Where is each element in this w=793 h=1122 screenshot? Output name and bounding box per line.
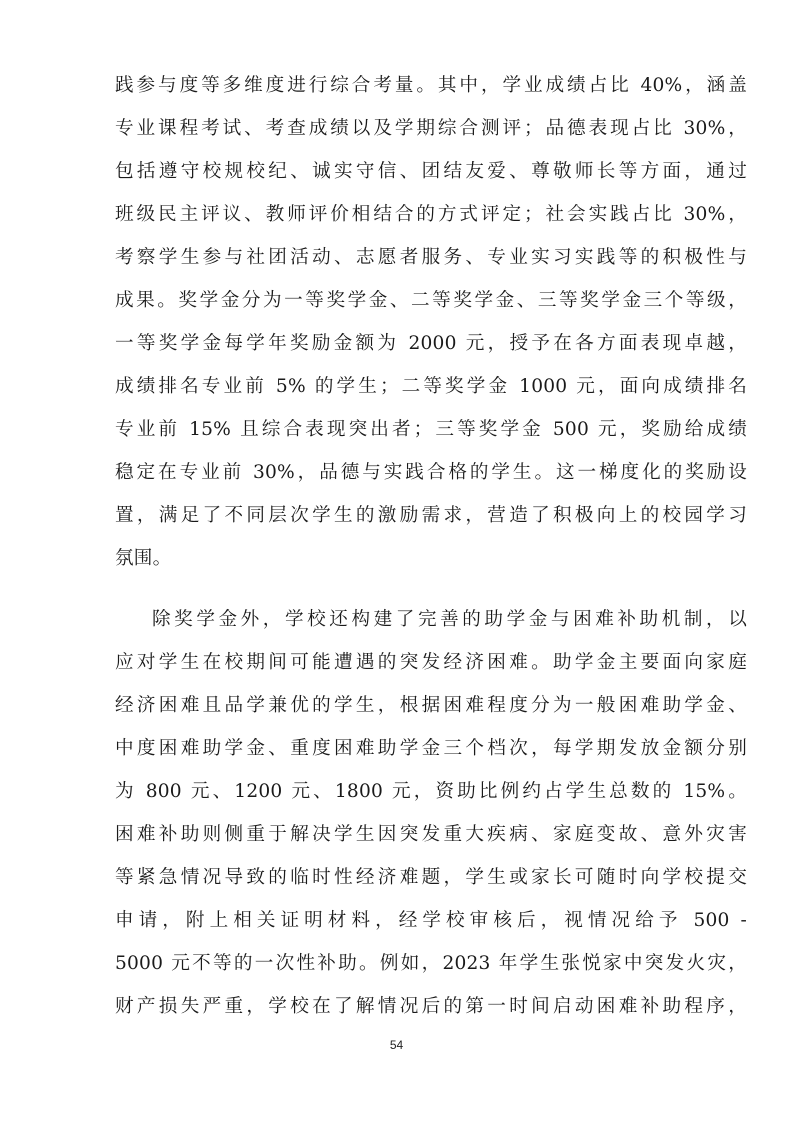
text-line: 5000 元不等的一次性补助。例如，2023 年学生张悦家中突发火灾， <box>115 949 747 979</box>
text-line: 成绩排名专业前 5% 的学生；二等奖学金 1000 元，面向成绩排名 <box>115 372 747 402</box>
text-line: 班级民主评议、教师评价相结合的方式评定；社会实践占比 30%， <box>115 200 747 230</box>
text-line: 包括遵守校规校纪、诚实守信、团结友爱、尊敬师长等方面，通过 <box>115 157 747 187</box>
text-line: 中度困难助学金、重度困难助学金三个档次，每学期发放金额分别 <box>115 734 747 764</box>
text-line: 财产损失严重，学校在了解情况后的第一时间启动困难补助程序， <box>115 992 747 1022</box>
text-line: 为 800 元、1200 元、1800 元，资助比例约占学生总数的 15%。 <box>115 777 747 807</box>
text-line: 专业课程考试、考查成绩以及学期综合测评；品德表现占比 30%， <box>115 114 747 144</box>
text-line: 专业前 15% 且综合表现突出者；三等奖学金 500 元，奖励给成绩 <box>115 415 747 445</box>
text-line: 考察学生参与社团活动、志愿者服务、专业实习实践等的积极性与 <box>115 243 747 273</box>
text-line: 置，满足了不同层次学生的激励需求，营造了积极向上的校园学习 <box>115 501 747 531</box>
text-line: 等紧急情况导致的临时性经济难题，学生或家长可随时向学校提交 <box>115 863 747 893</box>
text-line: 应对学生在校期间可能遭遇的突发经济困难。助学金主要面向家庭 <box>115 648 747 678</box>
text-line: 成果。奖学金分为一等奖学金、二等奖学金、三等奖学金三个等级， <box>115 286 747 316</box>
text-line: 稳定在专业前 30%，品德与实践合格的学生。这一梯度化的奖励设 <box>115 458 747 488</box>
text-line: 一等奖学金每学年奖励金额为 2000 元，授予在各方面表现卓越， <box>115 329 747 359</box>
text-line: 践参与度等多维度进行综合考量。其中，学业成绩占比 40%，涵盖 <box>115 71 747 101</box>
text-line: 困难补助则侧重于解决学生因突发重大疾病、家庭变故、意外灾害 <box>115 820 747 850</box>
text-line: 氛围。 <box>115 544 747 574</box>
document-page: 践参与度等多维度进行综合考量。其中，学业成绩占比 40%，涵盖 专业课程考试、考… <box>0 0 793 1122</box>
page-number: 54 <box>0 1038 793 1052</box>
text-line: 除奖学金外，学校还构建了完善的助学金与困难补助机制，以 <box>152 605 747 635</box>
text-line: 申请，附上相关证明材料，经学校审核后，视情况给予 500 - <box>115 906 747 936</box>
text-line: 经济困难且品学兼优的学生，根据困难程度分为一般困难助学金、 <box>115 691 747 721</box>
